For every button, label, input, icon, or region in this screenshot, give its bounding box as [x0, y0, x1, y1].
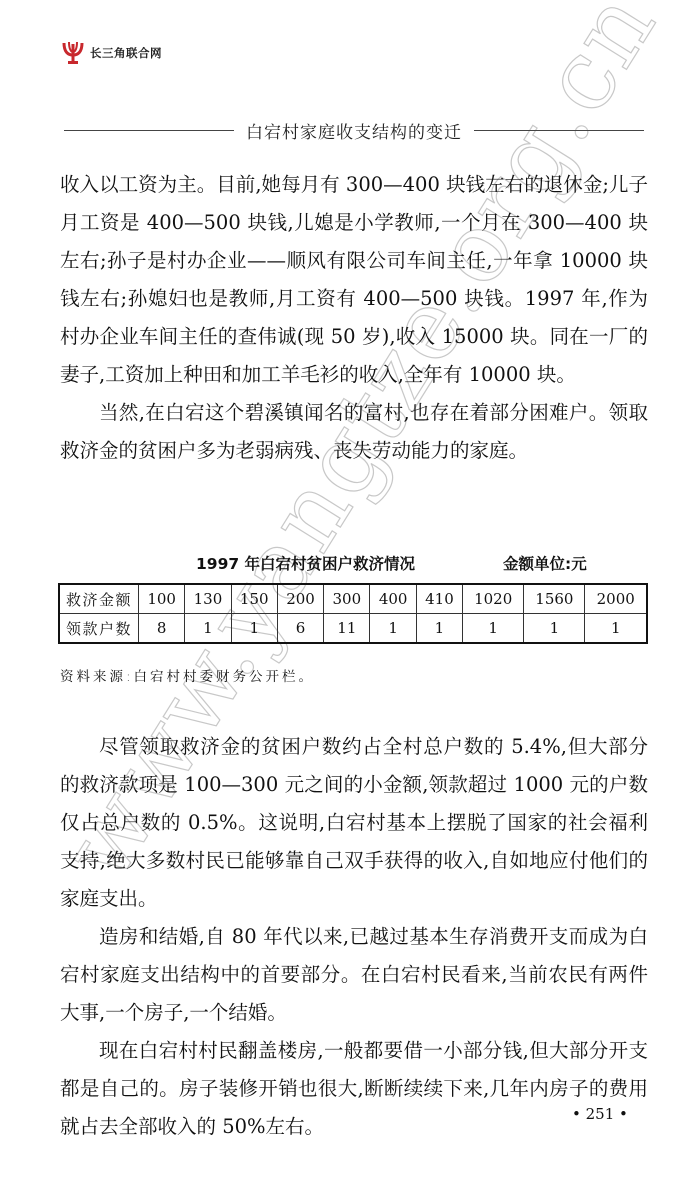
table-row-amounts: 救济金额 100 130 150 200 300 400 410 1020 15… [59, 584, 647, 614]
paragraph: 现在白宕村村民翻盖楼房,一般都要借一小部分钱,但大部分开支都是自己的。房子装修开… [60, 1032, 648, 1146]
table-cell: 1020 [463, 584, 524, 614]
table-caption: 1997 年白宕村贫困户救济情况 [196, 552, 415, 574]
paragraph: 尽管领取救济金的贫困户数约占全村总户数的 5.4%,但大部分的救济款项是 100… [60, 728, 648, 918]
body-text-top: 收入以工资为主。目前,她每月有 300—400 块钱左右的退休金;儿子月工资是 … [60, 166, 648, 470]
table-cell: 130 [185, 584, 231, 614]
running-header: 白宕村家庭收支结构的变迁 [64, 118, 644, 143]
table-cell: 1 [185, 614, 231, 644]
page-number: • 251 • [572, 1105, 628, 1123]
table-cell: 300 [324, 584, 370, 614]
table-cell: 100 [139, 584, 185, 614]
table-cell: 1 [524, 614, 585, 644]
table-cell: 11 [324, 614, 370, 644]
table-cell: 1 [231, 614, 277, 644]
table-cell: 1 [463, 614, 524, 644]
table-cell: 1560 [524, 584, 585, 614]
body-text-bottom: 尽管领取救济金的贫困户数约占全村总户数的 5.4%,但大部分的救济款项是 100… [60, 728, 648, 1146]
table-cell: 400 [370, 584, 416, 614]
trident-logo-icon [62, 40, 84, 66]
table-cell: 8 [139, 614, 185, 644]
paragraph: 收入以工资为主。目前,她每月有 300—400 块钱左右的退休金;儿子月工资是 … [60, 166, 648, 394]
running-title: 白宕村家庭收支结构的变迁 [234, 118, 474, 143]
table-cell: 2000 [585, 584, 647, 614]
site-logo[interactable]: 长三角联合网 [62, 40, 162, 66]
paragraph: 造房和结婚,自 80 年代以来,已越过基本生存消费开支而成为白宕村家庭支出结构中… [60, 918, 648, 1032]
row-header: 领款户数 [59, 614, 139, 644]
paragraph: 当然,在白宕这个碧溪镇闻名的富村,也存在着部分困难户。领取救济金的贫困户多为老弱… [60, 394, 648, 470]
row-header: 救济金额 [59, 584, 139, 614]
table-unit: 金额单位:元 [503, 552, 587, 574]
table-cell: 410 [416, 584, 462, 614]
header-rule-left [64, 130, 234, 131]
header-rule-right [474, 130, 644, 131]
table-row-households: 领款户数 8 1 1 6 11 1 1 1 1 1 [59, 614, 647, 644]
table-cell: 150 [231, 584, 277, 614]
relief-table: 救济金额 100 130 150 200 300 400 410 1020 15… [58, 583, 648, 644]
table-source-note: 资料来源:白宕村村委财务公开栏。 [60, 665, 315, 685]
table-cell: 1 [585, 614, 647, 644]
table-cell: 6 [277, 614, 323, 644]
table-cell: 1 [416, 614, 462, 644]
table-cell: 1 [370, 614, 416, 644]
logo-text: 长三角联合网 [90, 45, 162, 61]
table-cell: 200 [277, 584, 323, 614]
